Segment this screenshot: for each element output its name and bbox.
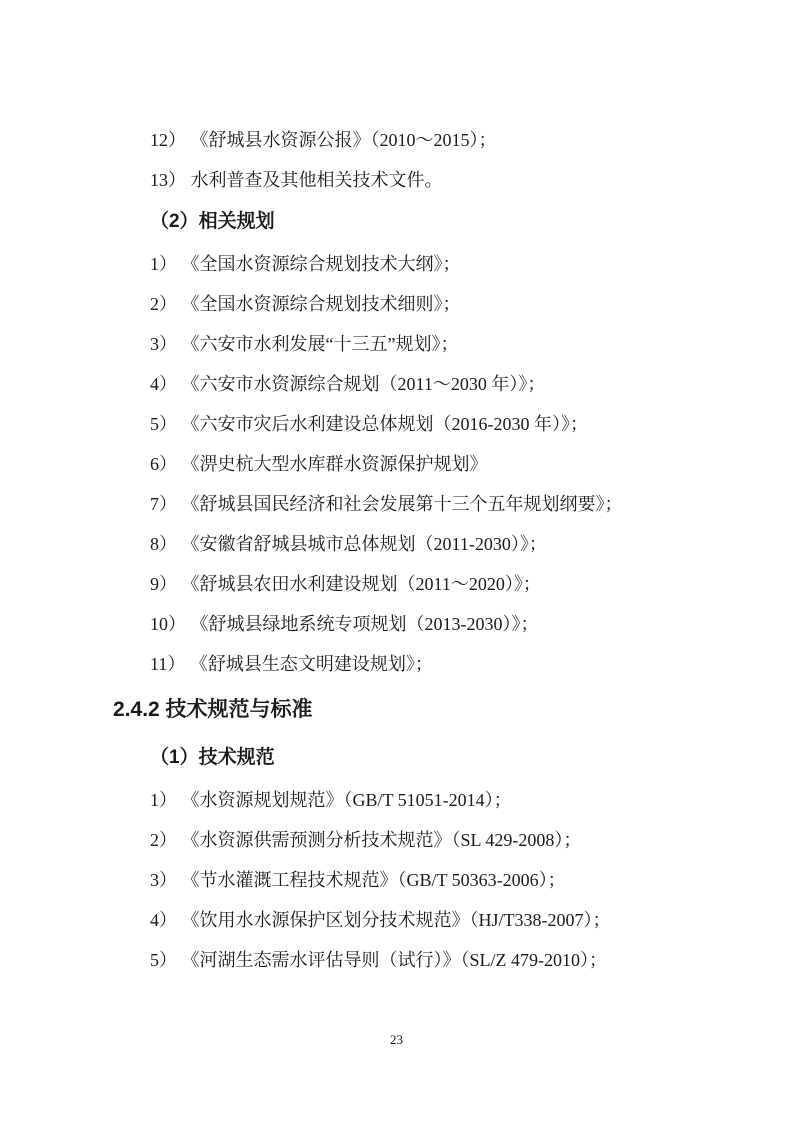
list-item: 11） 《舒城县生态文明建设规划》；	[113, 644, 697, 684]
page-number: 23	[0, 1032, 793, 1048]
list-item: 2） 《水资源供需预测分析技术规范》（SL 429-2008）；	[113, 820, 697, 860]
subsection-heading-related-plans: （2）相关规划	[113, 200, 697, 244]
list-item: 3） 《节水灌溉工程技术规范》（GB/T 50363-2006）；	[113, 860, 697, 900]
list-item: 3） 《六安市水利发展“十三五”规划》；	[113, 324, 697, 364]
list-item: 5） 《河湖生态需水评估导则（试行）》（SL/Z 479-2010）；	[113, 940, 697, 980]
list-item: 6） 《淠史杭大型水库群水资源保护规划》	[113, 444, 697, 484]
subsection-heading-tech-specs: （1）技术规范	[113, 736, 697, 780]
list-item: 1） 《全国水资源综合规划技术大纲》；	[113, 244, 697, 284]
list-item: 1） 《水资源规划规范》（GB/T 51051-2014）；	[113, 780, 697, 820]
list-item: 5） 《六安市灾后水利建设总体规划（2016-2030 年）》；	[113, 404, 697, 444]
list-item: 13） 水利普查及其他相关技术文件。	[113, 160, 697, 200]
list-item: 7） 《舒城县国民经济和社会发展第十三个五年规划纲要》；	[113, 484, 697, 524]
list-item: 4） 《六安市水资源综合规划（2011～2030 年）》；	[113, 364, 697, 404]
section-heading-242: 2.4.2 技术规范与标准	[113, 684, 697, 736]
document-page: 12） 《舒城县水资源公报》（2010～2015）； 13） 水利普查及其他相关…	[0, 0, 793, 1122]
list-item: 2） 《全国水资源综合规划技术细则》；	[113, 284, 697, 324]
list-item: 8） 《安徽省舒城县城市总体规划（2011-2030）》；	[113, 524, 697, 564]
list-item: 4） 《饮用水水源保护区划分技术规范》（HJ/T338-2007）；	[113, 900, 697, 940]
list-item: 9） 《舒城县农田水利建设规划（2011～2020）》；	[113, 564, 697, 604]
list-item: 12） 《舒城县水资源公报》（2010～2015）；	[113, 120, 697, 160]
list-item: 10） 《舒城县绿地系统专项规划（2013-2030）》；	[113, 604, 697, 644]
page-content: 12） 《舒城县水资源公报》（2010～2015）； 13） 水利普查及其他相关…	[113, 120, 697, 980]
